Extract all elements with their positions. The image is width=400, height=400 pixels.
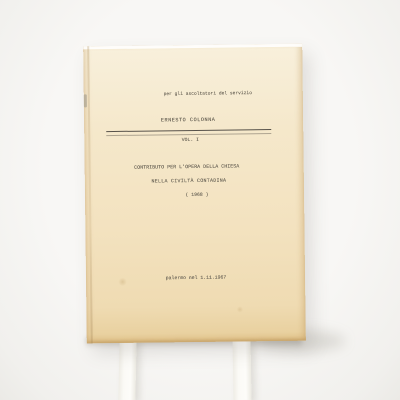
stand-right-prong	[232, 338, 251, 400]
booklet-imprint: palermo nel 1.11.1967	[165, 276, 226, 282]
stand-left-prong	[118, 338, 136, 400]
booklet-cover: per gli ascoltatori del servizio ERNESTO…	[83, 44, 306, 344]
booklet-author: ERNESTO COLONNA	[160, 118, 215, 124]
booklet-title-line2: NELLA CIVILTÀ CONTADINA	[151, 179, 226, 185]
booklet-header-note: per gli ascoltatori del servizio	[163, 91, 251, 97]
spine-mark	[84, 94, 87, 107]
booklet-title-line1: CONTRIBUTO PER L'OPERA DELLA CHIESA	[134, 164, 239, 170]
booklet-year: ( 1968 )	[185, 193, 208, 198]
product-photo: per gli ascoltatori del servizio ERNESTO…	[0, 0, 400, 400]
booklet-volume: VOL. I	[181, 138, 198, 143]
foxing-spot	[236, 306, 243, 312]
foxing-spot	[118, 278, 127, 286]
typewritten-divider-rule	[106, 129, 271, 136]
cover-crease	[87, 46, 93, 343]
